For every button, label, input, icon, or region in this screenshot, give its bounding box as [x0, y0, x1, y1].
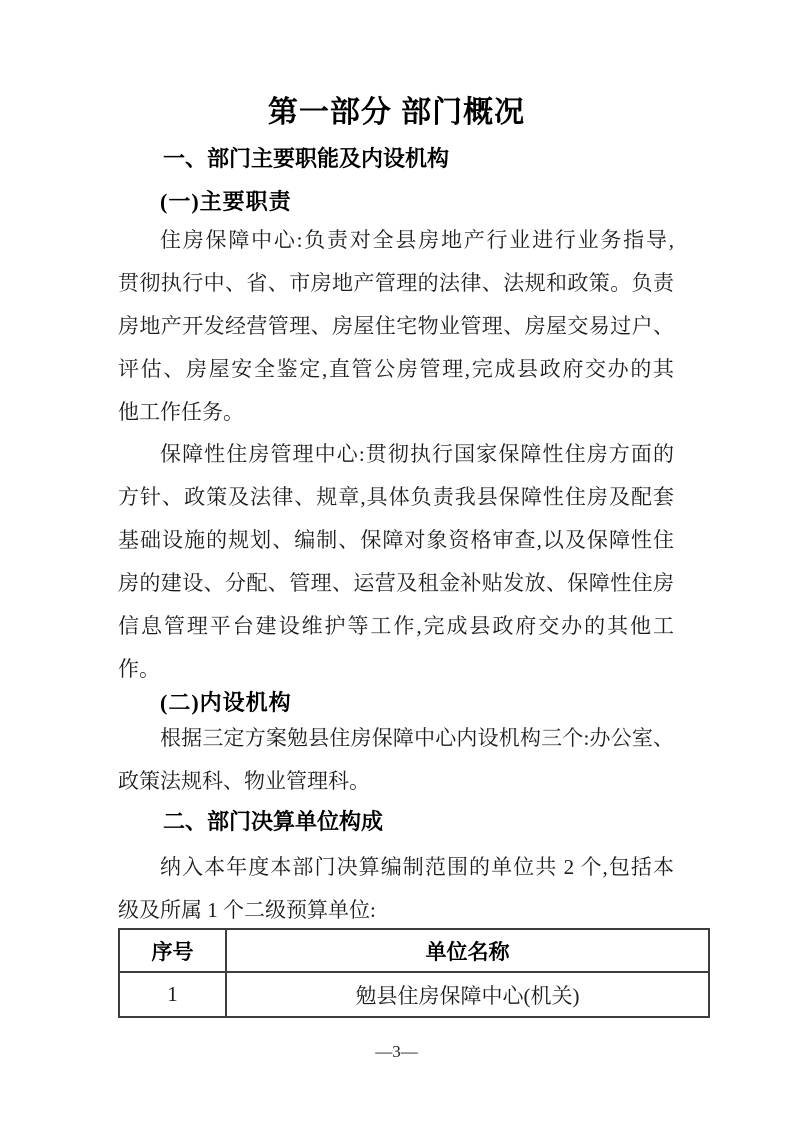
body-line: 方针、政策及法律、规章,具体负责我县保障性住房及配套: [118, 476, 674, 519]
body-line: 评估、房屋安全鉴定,直管公房管理,完成县政府交办的其: [118, 348, 674, 391]
subsection-heading-main-duties: (一)主要职责: [160, 187, 292, 217]
body-line: 保障性住房管理中心:贯彻执行国家保障性住房方面的: [118, 433, 674, 476]
table-cell-unit-name: 勉县住房保障中心(机关): [226, 972, 709, 1017]
page-number: —3—: [0, 1042, 793, 1062]
units-table: 序号 单位名称 1 勉县住房保障中心(机关): [118, 928, 710, 1018]
body-line: 他工作任务。: [118, 391, 674, 434]
section-heading-functions: 一、部门主要职能及内设机构: [163, 145, 449, 173]
paragraph-unit-scope: 纳入本年度本部门决算编制范围的单位共 2 个,包括本 级及所属 1 个二级预算单…: [118, 846, 674, 932]
paragraph-affordable-housing-center: 保障性住房管理中心:贯彻执行国家保障性住房方面的 方针、政策及法律、规章,具体负…: [118, 433, 674, 691]
body-line: 房地产开发经营管理、房屋住宅物业管理、房屋交易过户、: [118, 305, 674, 348]
paragraph-housing-center: 住房保障中心:负责对全县房地产行业进行业务指导, 贯彻执行中、省、市房地产管理的…: [118, 219, 674, 434]
table-cell-index: 1: [119, 972, 226, 1017]
body-line: 纳入本年度本部门决算编制范围的单位共 2 个,包括本: [118, 846, 674, 889]
body-line: 住房保障中心:负责对全县房地产行业进行业务指导,: [118, 219, 674, 262]
document-title: 第一部分 部门概况: [0, 95, 793, 131]
body-line: 信息管理平台建设维护等工作,完成县政府交办的其他工: [118, 605, 674, 648]
body-line: 房的建设、分配、管理、运营及租金补贴发放、保障性住房: [118, 562, 674, 605]
table-header-index: 序号: [119, 929, 226, 972]
body-line: 级及所属 1 个二级预算单位:: [118, 889, 674, 932]
body-line: 根据三定方案勉县住房保障中心内设机构三个:办公室、: [118, 717, 674, 760]
table-row: 1 勉县住房保障中心(机关): [119, 972, 709, 1017]
paragraph-internal-orgs: 根据三定方案勉县住房保障中心内设机构三个:办公室、 政策法规科、物业管理科。: [118, 717, 674, 803]
subsection-heading-internal-orgs: (二)内设机构: [160, 688, 292, 718]
section-heading-unit-composition: 二、部门决算单位构成: [163, 808, 383, 836]
body-line: 贯彻执行中、省、市房地产管理的法律、法规和政策。负责: [118, 262, 674, 305]
body-line: 政策法规科、物业管理科。: [118, 760, 674, 803]
table-header-row: 序号 单位名称: [119, 929, 709, 972]
document-page: 第一部分 部门概况 一、部门主要职能及内设机构 (一)主要职责 住房保障中心:负…: [0, 0, 793, 1122]
body-line: 基础设施的规划、编制、保障对象资格审查,以及保障性住: [118, 519, 674, 562]
table-header-unit-name: 单位名称: [226, 929, 709, 972]
body-line: 作。: [118, 648, 674, 691]
